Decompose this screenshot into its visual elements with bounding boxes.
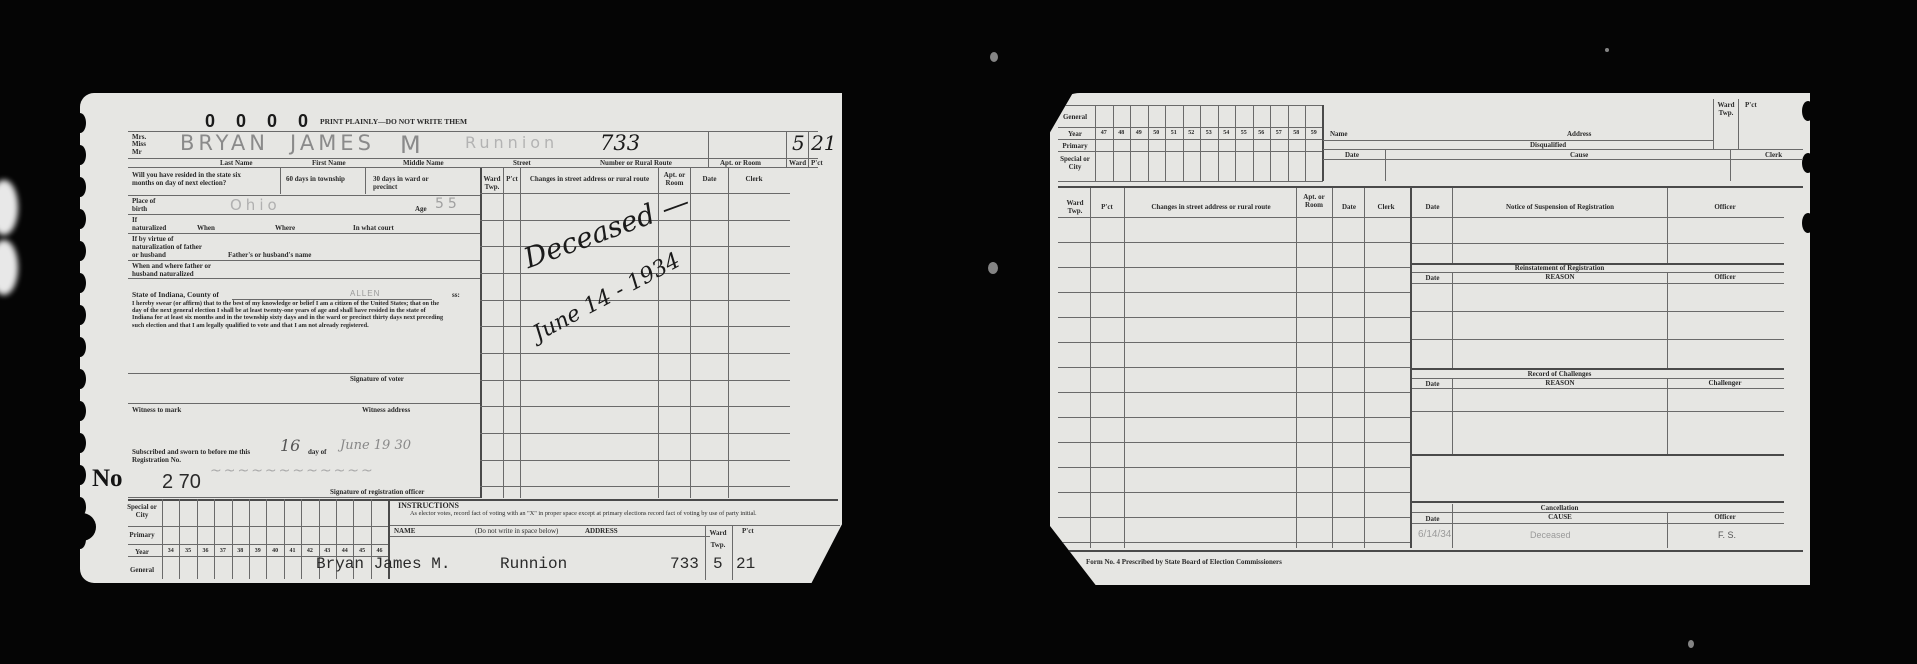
back-address-label: Address bbox=[1567, 130, 1591, 138]
instructions-do-not-write: (Do not write in space below) bbox=[475, 527, 558, 535]
year-cell: 50 bbox=[1148, 130, 1166, 136]
naturalized-court: In what court bbox=[353, 224, 394, 232]
back-changes-header-clerk: Clerk bbox=[1366, 203, 1406, 211]
back-pct-label: P'ct bbox=[1745, 101, 1757, 109]
changes-header-ward: Ward Twp. bbox=[481, 175, 503, 191]
year-cell: 45 bbox=[353, 548, 370, 554]
label-pct: P'ct bbox=[811, 159, 823, 167]
table-row-divider bbox=[1058, 367, 1410, 368]
place-of-birth-label: Place of birth bbox=[132, 197, 172, 213]
subscribed-month-year: June 19 30 bbox=[340, 438, 411, 453]
back-ward-label: Ward Twp. bbox=[1714, 101, 1738, 117]
film-artifact-left-bottom bbox=[0, 240, 18, 295]
year-cell: 43 bbox=[319, 548, 336, 554]
instructions-name-label: NAME bbox=[394, 527, 415, 535]
label-street: Street bbox=[513, 159, 531, 167]
age-value: 55 bbox=[435, 196, 461, 212]
back-changes-header-apt: Apt. or Room bbox=[1298, 193, 1330, 209]
label-last-name: Last Name bbox=[220, 159, 252, 167]
typed-street: Runnion bbox=[500, 555, 567, 573]
punch-hole bbox=[74, 305, 86, 325]
challenges-header-date: Date bbox=[1415, 380, 1450, 388]
changes-header-pct: P'ct bbox=[504, 175, 520, 183]
cancellation-date-value: 6/14/34 bbox=[1418, 531, 1451, 539]
table-row-divider bbox=[1058, 467, 1410, 468]
label-middle-name: Middle Name bbox=[403, 159, 444, 167]
punch-hole bbox=[1802, 101, 1814, 121]
reinstatement-header-officer: Officer bbox=[1670, 273, 1780, 281]
year-cell: 56 bbox=[1253, 130, 1271, 136]
label-first-name: First Name bbox=[312, 159, 346, 167]
grid-label-special: Special or City bbox=[126, 503, 158, 519]
naturalized-where: Where bbox=[275, 224, 295, 232]
subscribed-day: 16 bbox=[280, 436, 300, 455]
changes-header-apt: Apt. or Room bbox=[659, 171, 690, 187]
table-row-divider bbox=[1058, 217, 1410, 218]
year-cell: 54 bbox=[1218, 130, 1236, 136]
year-cell: 39 bbox=[249, 548, 266, 554]
table-row-divider bbox=[1058, 317, 1410, 318]
suspension-header-date: Date bbox=[1415, 203, 1450, 211]
reinstatement-title: Reinstatement of Registration bbox=[1452, 264, 1667, 272]
registration-no-symbol: No bbox=[92, 465, 123, 493]
table-row-divider bbox=[1058, 392, 1410, 393]
cancellation-header-date: Date bbox=[1415, 515, 1450, 523]
table-row-divider bbox=[1058, 342, 1410, 343]
punch-hole bbox=[74, 113, 86, 133]
first-name-value: JAMES bbox=[290, 131, 375, 155]
title-prefix-mr: Mr bbox=[132, 148, 142, 156]
instructions-pct-label: P'ct bbox=[742, 527, 754, 535]
naturalized-label: If naturalized bbox=[132, 216, 172, 232]
punch-hole bbox=[74, 465, 86, 485]
year-cell: 35 bbox=[179, 548, 196, 554]
changes-header-clerk: Clerk bbox=[729, 175, 779, 183]
cancellation-cause-value: Deceased bbox=[1530, 531, 1571, 539]
instructions-text: As elector votes, record fact of voting … bbox=[410, 510, 780, 517]
back-name-label: Name bbox=[1330, 130, 1348, 138]
punch-hole bbox=[74, 209, 86, 229]
punch-hole bbox=[74, 241, 86, 261]
back-changes-header-ward: Ward Twp. bbox=[1060, 199, 1090, 215]
grid-label-year: Year bbox=[126, 548, 158, 556]
oath-heading: State of Indiana, County of bbox=[132, 291, 219, 299]
year-cell: 46 bbox=[371, 548, 388, 554]
typed-ward: 5 bbox=[713, 555, 723, 573]
ward-pct-value: 5 21 bbox=[792, 131, 837, 155]
year-cell: 44 bbox=[336, 548, 353, 554]
punch-hole bbox=[74, 433, 86, 453]
oath-text: I hereby swear (or affirm) that to the b… bbox=[132, 300, 444, 329]
registration-no-value: 2 70 bbox=[162, 471, 201, 494]
back-clerk-label: Clerk bbox=[1765, 151, 1782, 159]
cancellation-header-cause: CAUSE bbox=[1455, 513, 1665, 521]
punch-hole bbox=[74, 369, 86, 389]
back-changes-header-pct: P'ct bbox=[1092, 203, 1122, 211]
table-row-divider bbox=[1058, 442, 1410, 443]
table-row-divider bbox=[1058, 517, 1410, 518]
year-cell: 48 bbox=[1113, 130, 1131, 136]
year-cell: 42 bbox=[301, 548, 318, 554]
back-changes-header-address: Changes in street address or rural route bbox=[1126, 203, 1296, 211]
table-row-divider bbox=[1058, 267, 1410, 268]
instructions-title: INSTRUCTIONS bbox=[398, 502, 459, 510]
year-cell: 59 bbox=[1305, 130, 1323, 136]
oath-ss: ss: bbox=[452, 291, 460, 299]
father-naturalized-label: When and where father or husband natural… bbox=[132, 262, 212, 278]
back-date-label: Date bbox=[1345, 151, 1359, 159]
table-row-divider bbox=[1058, 242, 1410, 243]
label-number-rural-route: Number or Rural Route bbox=[600, 159, 672, 167]
title-prefix-miss: Miss bbox=[132, 140, 146, 148]
punch-hole bbox=[74, 177, 86, 197]
header-instruction: PRINT PLAINLY—DO NOT WRITE THEM bbox=[320, 118, 467, 126]
cancellation-header-officer: Officer bbox=[1670, 513, 1780, 521]
back-grid-label-year: Year bbox=[1056, 130, 1094, 138]
back-changes-header-date: Date bbox=[1334, 203, 1364, 211]
punch-hole bbox=[74, 401, 86, 421]
challenges-title: Record of Challenges bbox=[1452, 370, 1667, 378]
house-number-value: 733 bbox=[600, 131, 640, 155]
grid-label-primary: Primary bbox=[126, 531, 158, 539]
back-disqualified-label: Disqualified bbox=[1530, 141, 1566, 149]
year-cell: 53 bbox=[1200, 130, 1218, 136]
grid-label-general: General bbox=[126, 566, 158, 574]
film-speck bbox=[1605, 48, 1609, 52]
age-label: Age bbox=[415, 205, 427, 213]
days-ward: 30 days in ward or precinct bbox=[373, 175, 443, 191]
last-name-value: BRYAN bbox=[180, 131, 269, 155]
father-name-label: Father's or husband's name bbox=[228, 251, 311, 259]
label-ward: Ward bbox=[789, 159, 806, 167]
header-stamp-digits: 0 0 0 0 bbox=[205, 111, 316, 132]
punch-hole bbox=[74, 273, 86, 293]
back-grid-label-primary: Primary bbox=[1056, 142, 1094, 150]
punch-hole bbox=[74, 145, 86, 165]
back-grid-label-general: General bbox=[1056, 113, 1094, 121]
challenges-header-reason: REASON bbox=[1455, 379, 1665, 387]
year-cell: 58 bbox=[1288, 130, 1306, 136]
witness-address-label: Witness address bbox=[362, 406, 410, 414]
film-speck bbox=[990, 52, 998, 62]
county-value: ALLEN bbox=[350, 290, 380, 298]
typed-name: Bryan James M. bbox=[316, 555, 450, 573]
year-cell: 34 bbox=[162, 548, 179, 554]
table-row-divider bbox=[1058, 292, 1410, 293]
year-cell: 51 bbox=[1165, 130, 1183, 136]
film-speck bbox=[988, 262, 998, 274]
registration-no-label: Registration No. bbox=[132, 456, 181, 464]
subscribed-label: Subscribed and sworn to before me this bbox=[132, 448, 250, 456]
punch-dot bbox=[68, 513, 96, 541]
suspension-header-notice: Notice of Suspension of Registration bbox=[1455, 203, 1665, 211]
place-of-birth-value: Ohio bbox=[230, 196, 281, 214]
label-apt-room: Apt. or Room bbox=[720, 159, 761, 167]
punch-hole bbox=[74, 337, 86, 357]
table-row-divider bbox=[1058, 417, 1410, 418]
day-of-label: day of bbox=[308, 448, 326, 456]
residence-question: Will you have resided in the state six m… bbox=[132, 171, 252, 187]
year-cell: 47 bbox=[1095, 130, 1113, 136]
middle-name-value: M bbox=[400, 131, 425, 159]
year-cell: 49 bbox=[1130, 130, 1148, 136]
reinstatement-header-date: Date bbox=[1415, 274, 1450, 282]
witness-mark-label: Witness to mark bbox=[132, 406, 181, 414]
changes-header-date: Date bbox=[691, 175, 728, 183]
registration-card-front: 0 0 0 0 PRINT PLAINLY—DO NOT WRITE THEM … bbox=[80, 93, 842, 583]
suspension-header-officer: Officer bbox=[1670, 203, 1780, 211]
table-row-divider bbox=[1058, 542, 1410, 543]
signature-voter-label: Signature of voter bbox=[350, 375, 404, 383]
film-speck bbox=[1688, 640, 1694, 648]
street-value: Runnion bbox=[465, 133, 558, 152]
back-cause-label: Cause bbox=[1570, 151, 1588, 159]
film-artifact-left-top bbox=[0, 180, 18, 235]
year-cell: 38 bbox=[232, 548, 249, 554]
naturalized-when: When bbox=[197, 224, 215, 232]
typed-pct: 21 bbox=[736, 555, 755, 573]
punch-hole bbox=[1802, 153, 1814, 173]
challenges-header-challenger: Challenger bbox=[1670, 379, 1780, 387]
year-cell: 41 bbox=[284, 548, 301, 554]
reinstatement-header-reason: REASON bbox=[1455, 273, 1665, 281]
punch-hole bbox=[1802, 213, 1814, 233]
back-grid-label-special: Special or City bbox=[1056, 155, 1094, 171]
registration-card-back: General Year Primary Special or City 474… bbox=[1050, 93, 1810, 585]
year-cell: 57 bbox=[1270, 130, 1288, 136]
table-row-divider bbox=[1058, 492, 1410, 493]
instructions-ward-label: Ward Twp. bbox=[708, 527, 728, 551]
signature-officer-label: Signature of registration officer bbox=[330, 488, 424, 496]
cancellation-title: Cancellation bbox=[1452, 504, 1667, 512]
instructions-address-label: ADDRESS bbox=[585, 527, 618, 535]
virtue-label: If by virtue of naturalization of father… bbox=[132, 235, 207, 259]
form-footer: Form No. 4 Prescribed by State Board of … bbox=[1086, 558, 1282, 566]
typed-number: 733 bbox=[670, 555, 699, 573]
year-cell: 36 bbox=[197, 548, 214, 554]
days-township: 60 days in township bbox=[286, 175, 346, 183]
officer-signature-scribble: ~~~~~~~~~~~~ bbox=[210, 463, 375, 479]
year-cell: 40 bbox=[266, 548, 283, 554]
changes-header-address: Changes in street address or rural route bbox=[521, 175, 658, 183]
year-cell: 52 bbox=[1183, 130, 1201, 136]
cancellation-officer-value: F. S. bbox=[1718, 531, 1736, 539]
year-cell: 55 bbox=[1235, 130, 1253, 136]
year-cell: 37 bbox=[214, 548, 231, 554]
